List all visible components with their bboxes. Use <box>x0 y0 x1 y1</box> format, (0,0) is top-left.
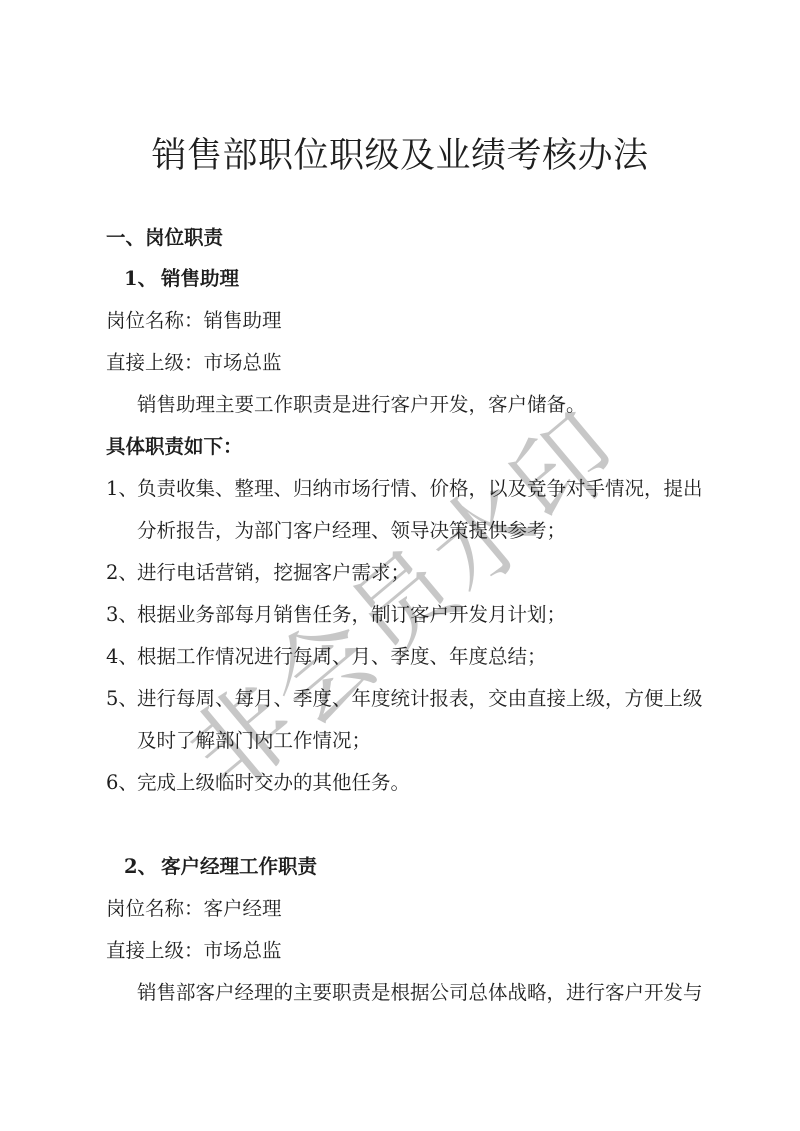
direct-supervisor-field: 直接上级：市场总监 <box>106 351 282 375</box>
duty-item-5-line-2: 及时了解部门内工作情况； <box>106 729 371 753</box>
duty-item-4-number: 4、 <box>106 645 137 669</box>
duty-item-6-number: 6、 <box>106 771 137 795</box>
document-title: 销售部职位职级及业绩考核办法 <box>0 128 800 178</box>
duties-label: 具体职责如下： <box>106 435 243 459</box>
duty-item-3: 3、根据业务部每月销售任务，制订客户开发月计划； <box>106 603 566 627</box>
duty-item-3-text: 根据业务部每月销售任务，制订客户开发月计划； <box>137 603 566 626</box>
duty-item-5-number: 5、 <box>106 687 137 711</box>
subsection-1-heading: 1、销售助理 <box>124 267 239 291</box>
subsection-1-number: 1、 <box>124 267 161 291</box>
duty-item-1-number: 1、 <box>106 477 137 501</box>
position-name-field-2: 岗位名称：客户经理 <box>106 897 282 921</box>
duty-item-1-continuation-text: 分析报告，为部门客户经理、领导决策提供参考； <box>137 519 566 542</box>
section-2-intro: 销售部客户经理的主要职责是根据公司总体战略，进行客户开发与 <box>137 981 703 1005</box>
section-1-heading: 一、岗位职责 <box>106 226 223 250</box>
duty-item-4-text: 根据工作情况进行每周、月、季度、年度总结； <box>137 645 547 668</box>
duty-item-1-line-1: 1、负责收集、整理、归纳市场行情、价格，以及竞争对手情况，提出 <box>106 477 703 501</box>
position-name-field: 岗位名称：销售助理 <box>106 309 282 333</box>
document-page: 非会员水印 销售部职位职级及业绩考核办法 一、岗位职责 1、销售助理 岗位名称：… <box>0 0 800 1131</box>
duty-item-5-text: 进行每周、每月、季度、年度统计报表，交由直接上级，方便上级 <box>137 687 703 710</box>
duty-item-5-continuation-text: 及时了解部门内工作情况； <box>137 729 371 752</box>
duty-item-6-text: 完成上级临时交办的其他任务。 <box>137 771 410 794</box>
subsection-2-number: 2、 <box>124 855 161 879</box>
duty-item-1-line-2: 分析报告，为部门客户经理、领导决策提供参考； <box>106 519 566 543</box>
subsection-1-title: 销售助理 <box>161 267 239 290</box>
duty-item-4: 4、根据工作情况进行每周、月、季度、年度总结； <box>106 645 547 669</box>
duty-item-5-line-1: 5、进行每周、每月、季度、年度统计报表，交由直接上级，方便上级 <box>106 687 703 711</box>
direct-supervisor-field-2: 直接上级：市场总监 <box>106 939 282 963</box>
duty-item-2: 2、进行电话营销，挖掘客户需求； <box>106 561 410 585</box>
duty-item-1-text: 负责收集、整理、归纳市场行情、价格，以及竞争对手情况，提出 <box>137 477 703 500</box>
subsection-2-heading: 2、客户经理工作职责 <box>124 855 317 879</box>
section-1-intro: 销售助理主要工作职责是进行客户开发，客户储备。 <box>137 393 586 417</box>
duty-item-6: 6、完成上级临时交办的其他任务。 <box>106 771 410 795</box>
duty-item-2-text: 进行电话营销，挖掘客户需求； <box>137 561 410 584</box>
duty-item-3-number: 3、 <box>106 603 137 627</box>
subsection-2-title: 客户经理工作职责 <box>161 855 317 878</box>
duty-item-2-number: 2、 <box>106 561 137 585</box>
